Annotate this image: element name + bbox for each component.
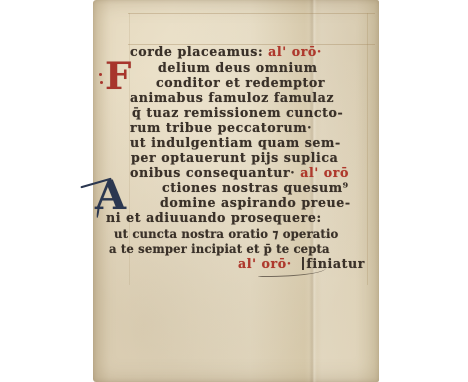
- text-line-14: a te semper incipiat et p̄ te cepta: [109, 242, 330, 257]
- text-line-4: animabus famuloz famulaz: [130, 91, 334, 106]
- latin-text: delium deus omnium: [158, 61, 318, 76]
- text-line-10: ctiones nostras quesum⁹: [162, 181, 349, 196]
- latin-text: rum tribue peccatorum·: [130, 121, 312, 136]
- latin-text: conditor et redemptor: [156, 76, 325, 91]
- text-line-5: q̄ tuaz remissionem cuncto-: [132, 106, 343, 121]
- initial-f-penwork-dot: [99, 73, 102, 76]
- latin-text: a te semper incipiat et p̄ te cepta: [109, 242, 330, 256]
- text-line-6: rum tribue peccatorum·: [130, 121, 312, 136]
- initial-f-fidelium: F: [105, 58, 131, 95]
- text-line-11: domine aspirando preue-: [160, 196, 351, 211]
- ruling-line-right: [367, 13, 368, 285]
- rubric-text: al' orō: [300, 166, 349, 181]
- latin-text: ctiones nostras quesum⁹: [162, 181, 349, 196]
- latin-text: per optauerunt pijs suplica: [131, 151, 338, 166]
- initial-f-penwork-dot: [100, 81, 103, 84]
- page-background: { "colors": { "background": "#ffffff", "…: [0, 0, 468, 382]
- latin-text: q̄ tuaz remissionem cuncto-: [132, 106, 343, 121]
- text-line-2: delium deus omnium: [158, 61, 318, 76]
- latin-text: onibus consequantur·: [130, 166, 300, 181]
- text-line-1: corde placeamus: al' orō·: [130, 45, 322, 60]
- text-line-9: onibus consequantur· al' orō: [130, 166, 349, 181]
- latin-text: corde placeamus:: [130, 45, 268, 60]
- latin-text: ut indulgentiam quam sem-: [130, 136, 341, 151]
- text-line-13: ut cuncta nostra oratio ⁊ operatio: [114, 227, 338, 242]
- ruling-line-top: [128, 13, 375, 14]
- text-line-8: per optauerunt pijs suplica: [131, 151, 338, 166]
- text-line-12: ni et adiuuando prosequere:: [106, 211, 322, 226]
- text-line-7: ut indulgentiam quam sem-: [130, 136, 341, 151]
- text-line-3: conditor et redemptor: [156, 76, 325, 91]
- latin-text: ut cuncta nostra oratio ⁊ operatio: [114, 227, 338, 241]
- latin-text: animabus famuloz famulaz: [130, 91, 334, 106]
- rubric-text: al' orō·: [268, 45, 322, 60]
- latin-text: ni et adiuuando prosequere:: [106, 211, 322, 226]
- latin-text: domine aspirando preue-: [160, 196, 351, 211]
